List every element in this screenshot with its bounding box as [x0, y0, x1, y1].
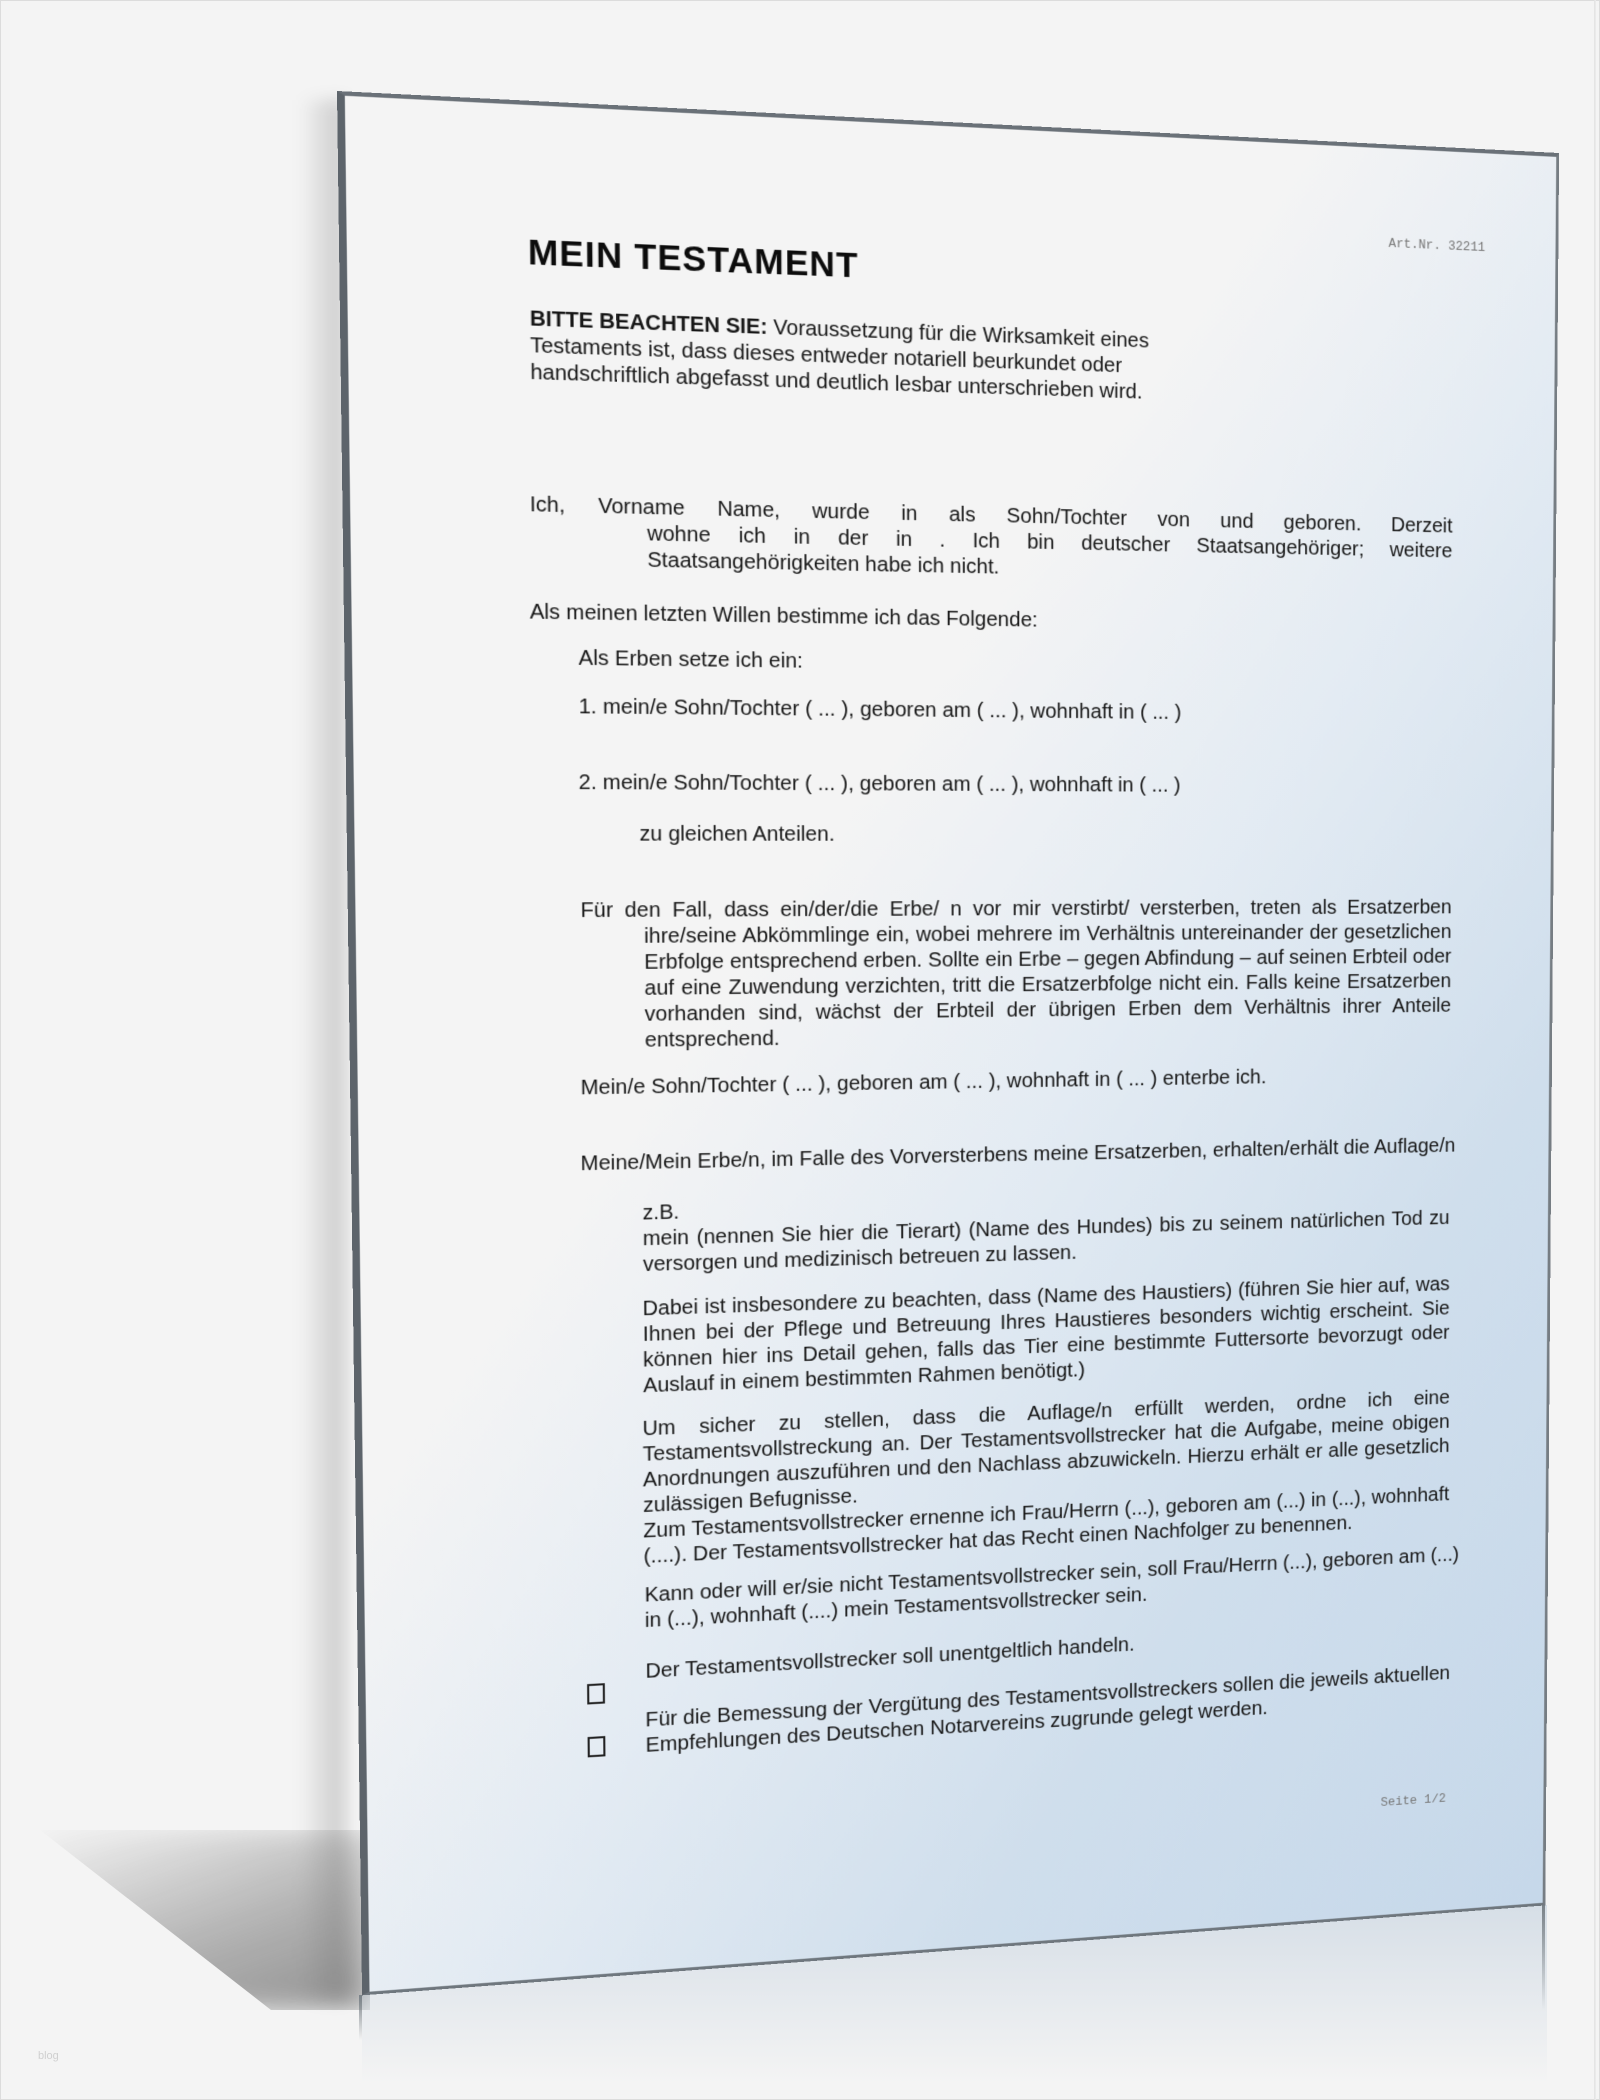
right-edge-rule [1594, 0, 1596, 2100]
document-page: Art.Nr. 32211 MEIN TESTAMENT BITTE BEACH… [337, 91, 1559, 1995]
article-number: Art.Nr. 32211 [1389, 230, 1486, 259]
condition-line: Meine/Mein Erbe/n, im Falle des Vorverst… [580, 1133, 1455, 1176]
option-checkbox-notary-fee[interactable] [587, 1736, 605, 1757]
heir-item: 1. mein/e Sohn/Tochter ( ... ), geboren … [579, 693, 1182, 725]
option-unpaid-label: Der Testamentsvollstrecker soll unentgel… [645, 1632, 1134, 1684]
substitute-heirs-paragraph: Für den Fall, dass ein/der/die Erbe/ n v… [580, 895, 1451, 1054]
pet-notes-paragraph: Dabei ist insbesondere zu beachten, dass… [642, 1272, 1449, 1399]
heirs-heading: Als Erben setze ich ein: [579, 644, 804, 673]
page-cast-shadow [40, 1830, 370, 2010]
page-reflection-edge-left [359, 1995, 362, 2040]
document-title: MEIN TESTAMENT [528, 231, 859, 287]
watermark: blog [38, 2050, 59, 2062]
heir-item: 2. mein/e Sohn/Tochter ( ... ), geboren … [579, 769, 1181, 798]
disinherit-line: Mein/e Sohn/Tochter ( ... ), geboren am … [580, 1064, 1266, 1100]
executor-paragraph: Um sicher zu stellen, dass die Auflage/n… [642, 1385, 1450, 1569]
example-block: z.B. mein (nennen Sie hier die Tierart) … [642, 1181, 1449, 1277]
equal-shares: zu gleichen Anteilen. [639, 820, 834, 846]
page-reflection-edge-right [1542, 1905, 1545, 2010]
intro-paragraph: Ich, Vorname Name, wurde in als Sohn/Toc… [530, 491, 1453, 588]
last-will-heading: Als meinen letzten Willen bestimme ich d… [530, 598, 1038, 632]
page-number: Seite 1/2 [1381, 1786, 1446, 1814]
notice-block: BITTE BEACHTEN SIE: Voraussetzung für di… [530, 305, 1149, 405]
option-checkbox-unpaid[interactable] [587, 1683, 605, 1704]
page-left-shadow [300, 100, 345, 2000]
